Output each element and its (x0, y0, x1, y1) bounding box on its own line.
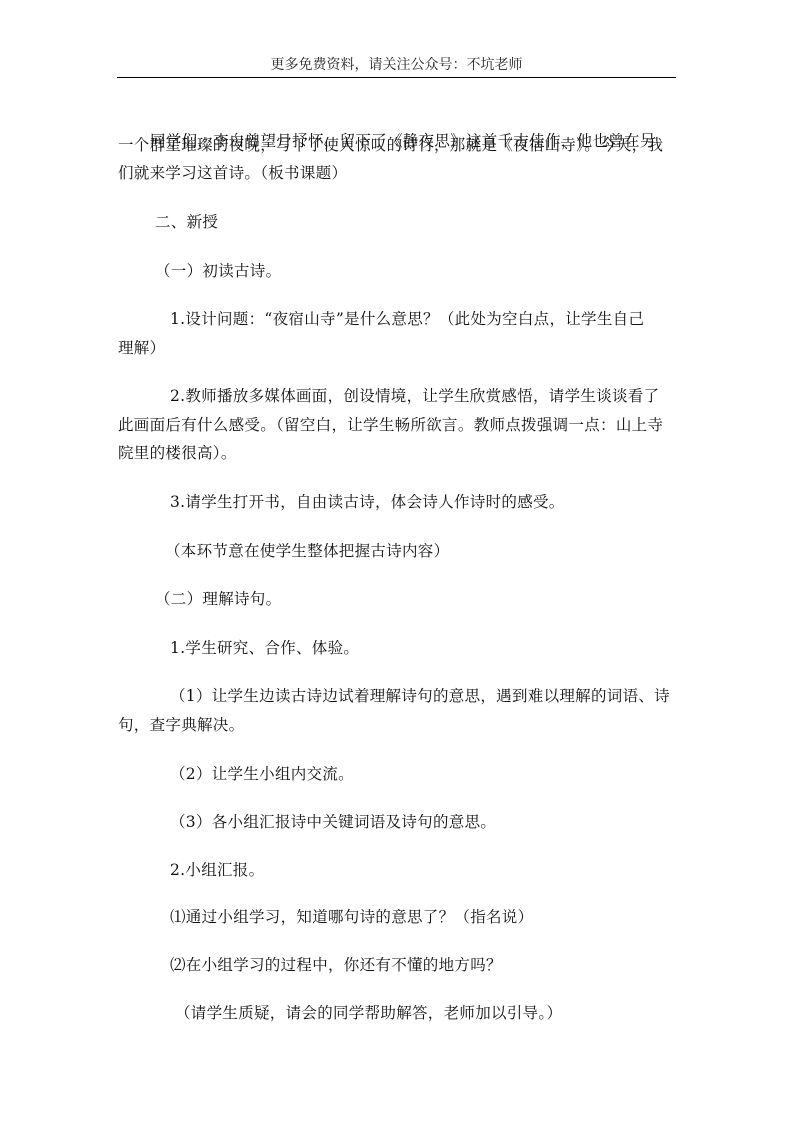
intro-line-3: 们就来学习这首诗。（板书课题） (118, 163, 347, 183)
item-2-line-2: 此画面后有什么感受。（留空白，让学生畅所欲言。教师点拨强调一点：山上寺 (118, 415, 663, 435)
item-1-line-1: 1.设计问题：“夜宿山寺”是什么意思？（此处为空白点，让学生自己 (170, 309, 644, 329)
understand-item-1-p3: （3）各小组汇报诗中关键词语及诗句的意思。 (170, 812, 496, 832)
subsection-title-understand: （二）理解诗句。 (155, 589, 281, 609)
group-report-question-1: ⑴通过小组学习，知道哪句诗的意思了？（指名说） (170, 907, 533, 927)
group-report-note: （请学生质疑，请会的同学帮助解答，老师加以引导。） (175, 1003, 562, 1023)
item-2-line-1: 2.教师播放多媒体画面，创设情境，让学生欣赏感悟，请学生谈谈看了 (170, 386, 659, 406)
understand-item-1-p1-line-2: 句，查字典解决。 (118, 715, 244, 735)
group-report-question-2: ⑵在小组学习的过程中，你还有不懂的地方吗？ (170, 955, 502, 975)
subsection-title-first-reading: （一）初读古诗。 (155, 261, 281, 281)
understand-item-1-p2: （2）让学生小组内交流。 (170, 764, 354, 784)
item-2-line-3: 院里的楼很高）。 (118, 443, 237, 463)
understand-item-1: 1.学生研究、合作、体验。 (170, 638, 359, 658)
section-note: （本环节意在使学生整体把握古诗内容） (165, 541, 449, 561)
item-1-line-2: 理解） (118, 338, 165, 358)
section-title-new-lesson: 二、新授 (155, 212, 218, 232)
header-divider (117, 77, 676, 78)
understand-item-1-p1-line-1: （1）让学生边读古诗边试着理解诗句的意思，遇到难以理解的词语、诗 (170, 686, 670, 706)
intro-line-2: 一个群星璀璨的夜晚，写下了使人惊叹的诗行，那就是《夜宿山寺》。今天，我 (118, 135, 663, 155)
understand-item-2: 2.小组汇报。 (170, 860, 264, 880)
item-3: 3.请学生打开书，自由读古诗，体会诗人作诗时的感受。 (170, 492, 565, 512)
page-header: 更多免费资料，请关注公众号：不坑老师 (117, 56, 676, 74)
